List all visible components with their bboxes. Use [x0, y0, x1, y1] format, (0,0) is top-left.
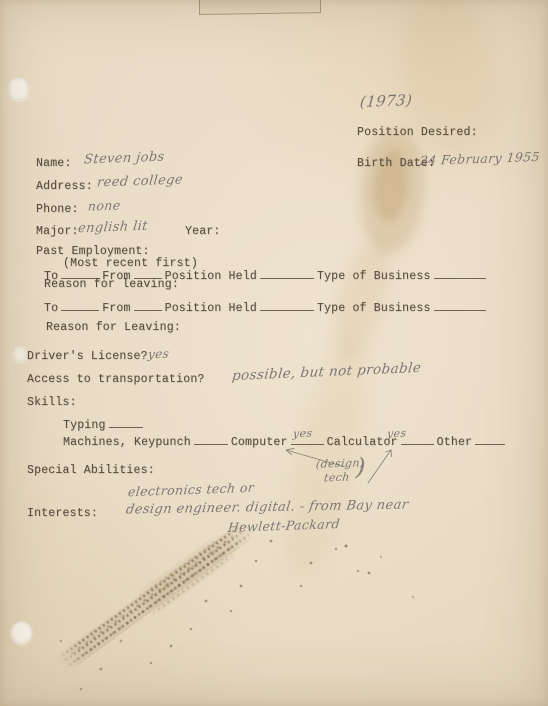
tape-strip [199, 0, 321, 15]
address-label: Address: [36, 180, 93, 193]
employment-row-2: ToFromPosition HeldType of Business [44, 299, 489, 315]
machines-row: Machines, KeypunchComputerCalculatorOthe… [63, 433, 508, 449]
arrow-to-calculator [368, 450, 391, 483]
computer-value-handwriting: yes [292, 427, 313, 441]
blank-line [61, 299, 99, 311]
name-value-handwriting: Steven jobs [83, 150, 165, 168]
type-of-business-label: Type of Business [317, 270, 431, 283]
reason-for-leaving-1: Reason for leaving: [44, 278, 179, 291]
blank-line [434, 267, 486, 279]
speckle-stain-band-upper [130, 529, 241, 621]
blank-line [475, 433, 505, 445]
punch-hole-middle [13, 346, 27, 362]
access-transportation-value-handwriting: possible, but not probable [231, 360, 422, 384]
position-held-label: Position Held [165, 302, 257, 315]
blank-line [134, 299, 162, 311]
special-abilities-label: Special Abilities: [27, 464, 155, 477]
birth-date-value-handwriting: 24 February 1955 [419, 149, 540, 168]
stain-top-wash [389, 0, 512, 166]
year-label: Year: [185, 225, 221, 238]
access-transportation-label: Access to transportation? [27, 373, 205, 386]
phone-value-handwriting: none [87, 197, 121, 213]
design-tech-note-line2: tech [323, 471, 350, 485]
phone-label: Phone: [36, 203, 79, 216]
other-label: Other [437, 436, 473, 449]
calculator-value-handwriting: yes [386, 427, 407, 441]
type-of-business-label: Type of Business [317, 302, 431, 315]
blank-line [434, 299, 486, 311]
reason-for-leaving-2: Reason for Leaving: [46, 321, 181, 334]
address-value-handwriting: reed college [96, 172, 184, 190]
from-label: From [102, 302, 130, 315]
punch-hole-bottom [11, 621, 32, 644]
interests-value-line1-handwriting: design engineer. digital. - from Bay nea… [125, 498, 410, 518]
interests-value-line2-handwriting: Hewlett-Packard [227, 516, 340, 535]
typing-row: Typing [63, 416, 146, 432]
design-tech-note-paren: ) [355, 453, 367, 482]
drivers-license-label: Driver's License? [27, 350, 148, 363]
drivers-license-value-handwriting: yes [147, 347, 170, 362]
blank-line [260, 267, 314, 279]
blank-line [194, 433, 228, 445]
name-label: Name: [36, 157, 72, 170]
speckle-dots [0, 0, 2, 2]
position-desired-label: Position Desired: [357, 126, 478, 139]
stain-blob [353, 127, 432, 258]
major-value-handwriting: english lit [77, 219, 148, 237]
punch-hole-top [9, 78, 28, 100]
blank-line [260, 299, 314, 311]
year-note-handwriting: (1973) [359, 91, 413, 111]
interests-label: Interests: [27, 507, 98, 520]
blank-line [109, 416, 143, 428]
to-label: To [44, 302, 58, 315]
scanned-job-application: (1973) Position Desired: Birth Date: 24 … [0, 0, 548, 706]
skills-heading: Skills: [27, 396, 77, 409]
computer-label: Computer [231, 436, 288, 449]
major-label: Major: [36, 225, 79, 238]
special-abilities-value-handwriting: electronics tech or [127, 480, 255, 499]
typing-label: Typing [63, 419, 106, 432]
machines-keypunch-label: Machines, Keypunch [63, 436, 191, 449]
